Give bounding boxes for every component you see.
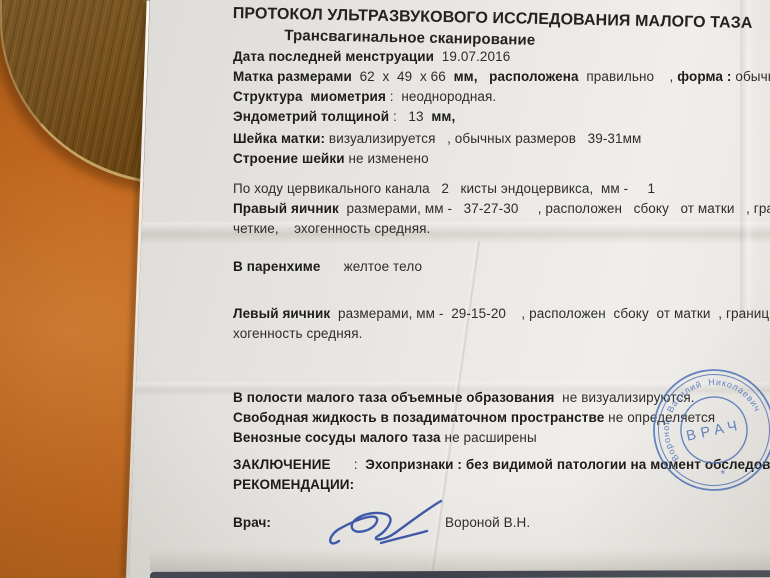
stamp-mark: * [720, 467, 728, 482]
text-segment: Левый яичник [233, 306, 330, 321]
paragraph: Дата последней менструации 19.07.2016Мат… [233, 47, 770, 127]
text-segment: ЗАКЛЮЧЕНИЕ [233, 457, 331, 472]
text-segment: 19.07.2016 [434, 49, 510, 64]
text-line: Левый яичник размерами, мм - 29-15-20 , … [233, 304, 770, 324]
text-segment: хогенность средняя. [233, 326, 362, 341]
text-segment: Матка размерами [233, 69, 352, 84]
text-segment: обычная. [731, 69, 770, 84]
text-line: По ходу цервикального канала 2 кисты энд… [233, 179, 770, 199]
text-segment: Свободная жидкость в позадиматочном прос… [233, 410, 604, 425]
text-segment: Венозные сосуды малого таза [233, 430, 441, 445]
text-segment: визуализируется , обычных размеров 39-31… [325, 131, 641, 146]
text-line: В паренхиме желтое тело [233, 257, 770, 277]
text-segment: : неоднородная. [386, 89, 496, 104]
stamp-ring-text: Вороной Василий Николаевич [651, 367, 770, 464]
text-segment: правильно , [579, 69, 678, 84]
text-segment: не изменено [345, 151, 429, 166]
paragraph: Шейка матки: визуализируется , обычных р… [233, 129, 770, 169]
stamp-center-text: ВРАЧ [685, 417, 744, 444]
text-line: четкие, эхогенность средняя. [233, 219, 770, 239]
text-line: Правый яичник размерами, мм - 37-27-30 ,… [233, 199, 770, 219]
text-segment: мм, расположена [454, 69, 579, 84]
photo-scene: ПРОТОКОЛ УЛЬТРАЗВУКОВОГО ИССЛЕДОВАНИЯ МА… [0, 0, 770, 578]
text-segment: размерами, мм - 37-27-30 , расположен сб… [339, 201, 770, 216]
text-segment: 62 х 49 х 66 [352, 69, 454, 84]
text-segment: форма : [677, 69, 731, 84]
text-line: Структура миометрия : неоднородная. [233, 87, 770, 107]
text-line: Строение шейки не изменено [233, 149, 770, 169]
table-edge-shadow [150, 570, 770, 578]
text-line: Матка размерами 62 х 49 х 66 мм, располо… [233, 67, 770, 87]
doctor-label: Врач: [233, 515, 271, 530]
paragraph: В паренхиме желтое тело [233, 257, 770, 277]
text-line: Шейка матки: визуализируется , обычных р… [233, 129, 770, 149]
text-segment: В паренхиме [233, 259, 320, 274]
text-line: Эндометрий толщиной : 13 мм, [233, 107, 770, 127]
text-segment: Структура миометрия [233, 89, 386, 104]
paragraph: Левый яичник размерами, мм - 29-15-20 , … [233, 304, 770, 344]
text-segment: Строение шейки [233, 151, 345, 166]
text-segment: Правый яичник [233, 201, 339, 216]
paragraph: По ходу цервикального канала 2 кисты энд… [233, 179, 770, 239]
text-segment: Шейка матки: [233, 131, 325, 146]
text-segment: : 13 [389, 109, 431, 124]
text-segment: мм, [431, 109, 455, 124]
doctor-stamp: Вороной Василий Николаевич ВРАЧ * [639, 355, 770, 505]
doctor-signature [325, 497, 485, 555]
text-segment: размерами, мм - 29-15-20 , расположен сб… [330, 306, 770, 321]
text-segment: четкие, эхогенность средняя. [233, 221, 430, 236]
text-segment: В полости малого таза объемные образован… [233, 390, 554, 405]
text-segment: желтое тело [320, 259, 422, 274]
text-segment: не расширены [441, 430, 537, 445]
text-segment: : [331, 457, 366, 472]
doctor-signature-row: Врач: Вороной В.Н. [233, 513, 770, 533]
text-line: хогенность средняя. [233, 324, 770, 344]
text-segment: Эндометрий толщиной [233, 109, 389, 124]
text-segment: Дата последней менструации [233, 49, 434, 64]
text-segment: По ходу цервикального канала 2 кисты энд… [233, 181, 655, 196]
text-segment: РЕКОМЕНДАЦИИ: [233, 477, 354, 492]
